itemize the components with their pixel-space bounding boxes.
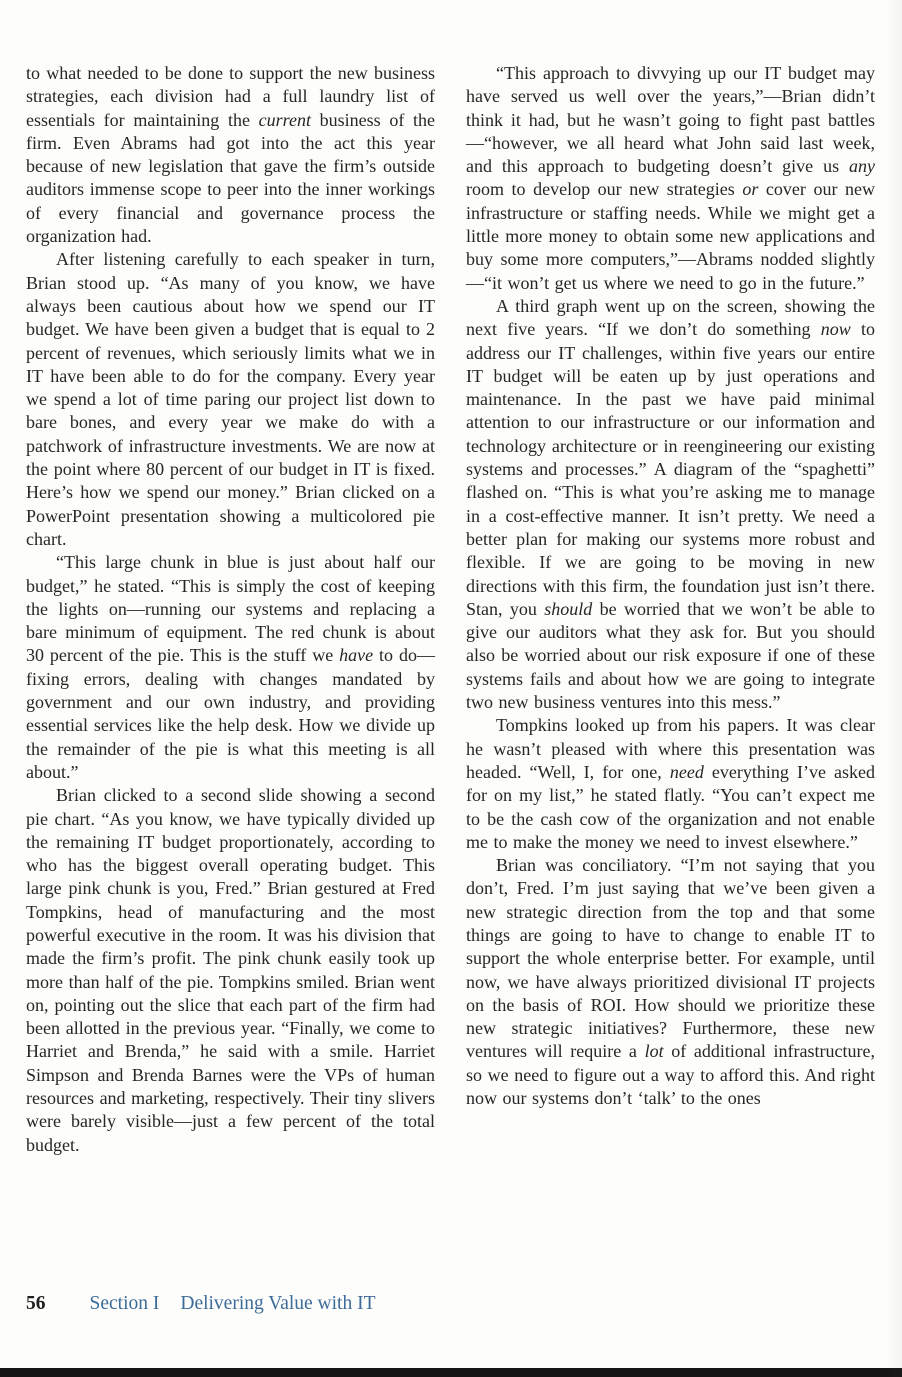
paragraph: “This large chunk in blue is just about … bbox=[26, 551, 435, 784]
paragraph: “This approach to divvying up our IT bud… bbox=[466, 62, 875, 295]
paragraph: Brian was conciliatory. “I’m not saying … bbox=[466, 854, 875, 1110]
paragraph: Tompkins looked up from his papers. It w… bbox=[466, 714, 875, 854]
paragraph: to what needed to be done to support the… bbox=[26, 62, 435, 248]
left-column: to what needed to be done to support the… bbox=[26, 62, 435, 1157]
paragraph: After listening carefully to each speake… bbox=[26, 248, 435, 551]
page-bottom-bar bbox=[0, 1368, 902, 1377]
right-column: “This approach to divvying up our IT bud… bbox=[466, 62, 875, 1157]
page-footer: 56 Section I Delivering Value with IT bbox=[26, 1292, 876, 1316]
running-footer-title: Delivering Value with IT bbox=[180, 1292, 375, 1316]
paragraph: Brian clicked to a second slide showing … bbox=[26, 784, 435, 1157]
paragraph: A third graph went up on the screen, sho… bbox=[466, 295, 875, 714]
running-footer-section: Section I bbox=[90, 1292, 160, 1316]
page-body: to what needed to be done to support the… bbox=[26, 62, 875, 1157]
page-number: 56 bbox=[26, 1292, 46, 1316]
book-page: to what needed to be done to support the… bbox=[0, 0, 902, 1377]
